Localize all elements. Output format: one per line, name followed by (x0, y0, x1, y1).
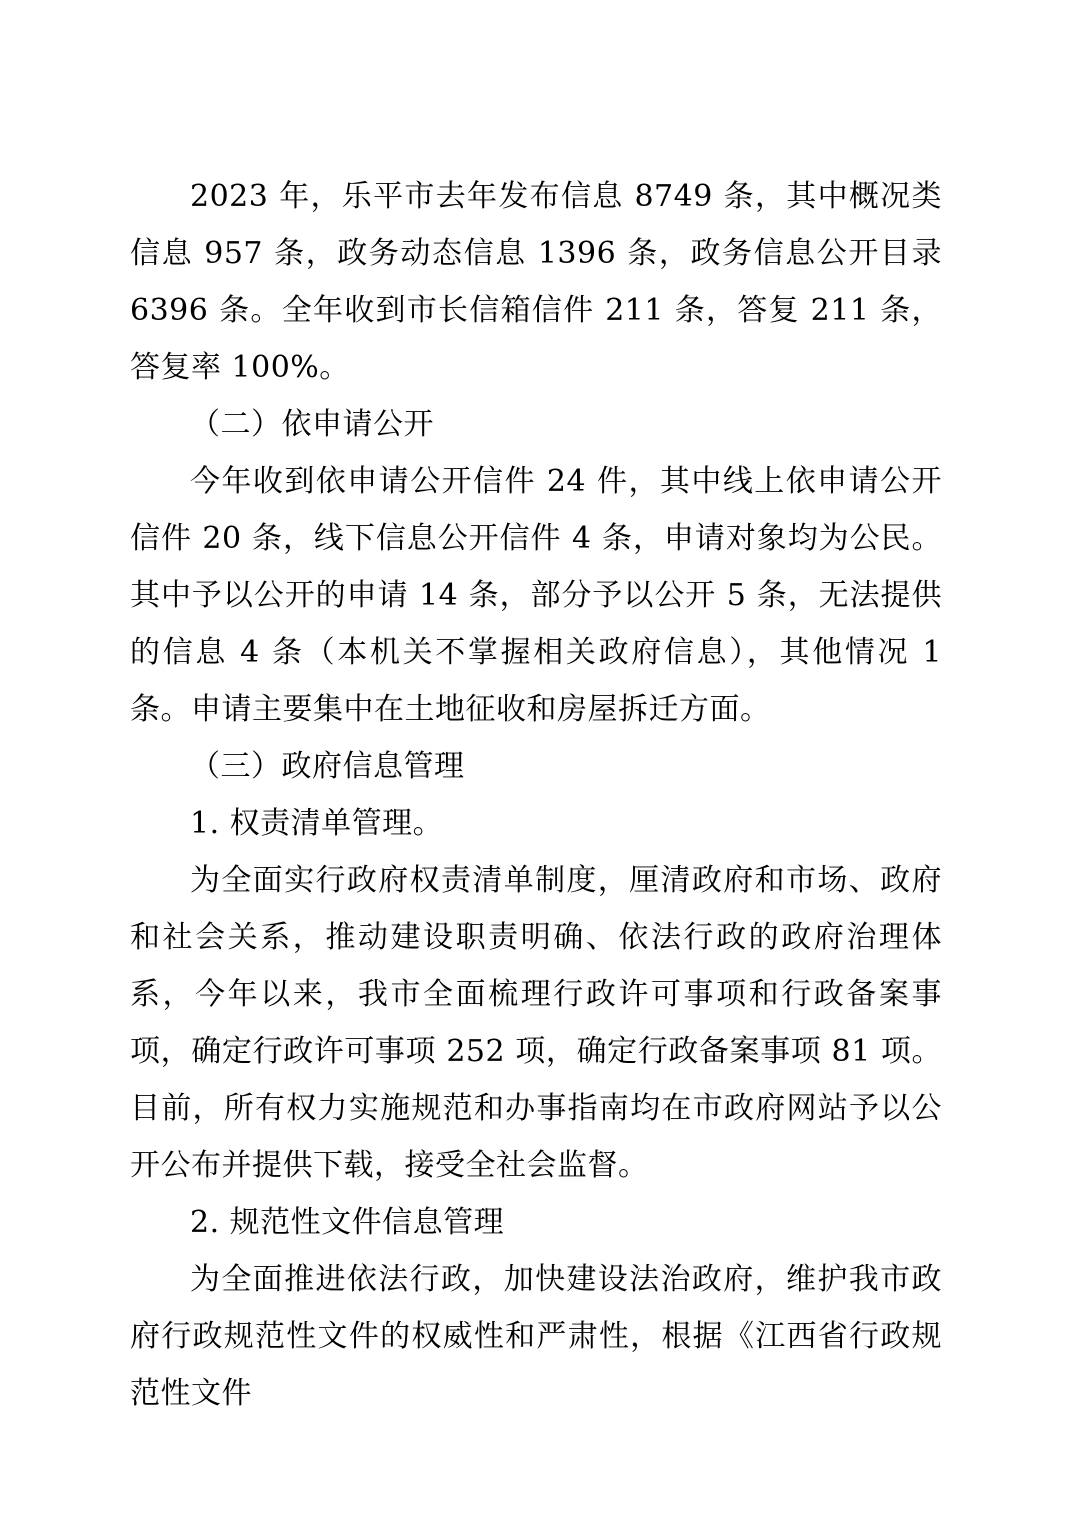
paragraph: 为全面实行政府权责清单制度，厘清政府和市场、政府和社会关系，推动建设职责明确、依… (130, 852, 942, 1194)
document-text-content: 2023 年，乐平市去年发布信息 8749 条，其中概况类信息 957 条，政务… (130, 168, 942, 1422)
paragraph: 2023 年，乐平市去年发布信息 8749 条，其中概况类信息 957 条，政务… (130, 168, 942, 396)
document-page: 2023 年，乐平市去年发布信息 8749 条，其中概况类信息 957 条，政务… (0, 0, 1074, 1520)
section-heading: （三）政府信息管理 (130, 738, 942, 795)
section-heading: （二）依申请公开 (130, 396, 942, 453)
sub-section-heading: 2. 规范性文件信息管理 (130, 1194, 942, 1251)
paragraph: 为全面推进依法行政，加快建设法治政府，维护我市政府行政规范性文件的权威性和严肃性… (130, 1251, 942, 1422)
paragraph: 今年收到依申请公开信件 24 件，其中线上依申请公开信件 20 条，线下信息公开… (130, 453, 942, 738)
sub-section-heading: 1. 权责清单管理。 (130, 795, 942, 852)
